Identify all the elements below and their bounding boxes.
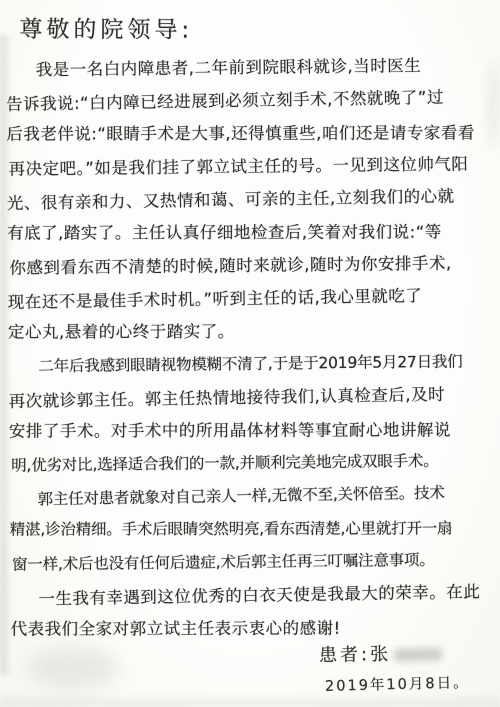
signature-redacted-name	[394, 647, 442, 661]
letter-line: 精湛,诊治精细。手术后眼睛突然明亮,看东西清楚,心里就打开一扇	[10, 512, 496, 546]
letter-line: 光、很有亲和力、又热情和蔼、可亲的主任,立刻我们的心就	[7, 179, 493, 220]
letter-line: 安排了手术。对手术中的所用晶体材料等事宜耐心地讲解说	[9, 413, 495, 447]
letter-line: 一生我有幸遇到这位优秀的白衣天使是我最大的荣幸。在此	[10, 575, 496, 616]
signature: 患者:张	[319, 639, 443, 668]
letter-date: 2019年10月8日。	[325, 671, 470, 696]
salutation: 尊敬的院领导:	[19, 11, 491, 46]
letter-body: 尊敬的院领导: 我是一名白内障患者,二年前到院眼科就诊,当时医生 告诉我说:“白…	[5, 10, 497, 647]
letter-line: 郭主任对患者就象对自己亲人一样,无微不至,关怀倍至。技术	[9, 476, 495, 517]
scan-smudge-bottom-left	[28, 647, 118, 689]
letter-line: 现在还不是最佳手术时机。”听到主任的话,我心里就吃了	[7, 278, 493, 319]
signature-label: 患者:张	[319, 644, 392, 667]
letter-line: 定心丸,悬着的心终于踏实了。	[8, 314, 494, 348]
letter-line: 再次就诊郭主任。郭主任热情地接待我们,认真检查后,及时	[8, 377, 494, 418]
letter-line: 有底了,踏实了。主任认真仔细地检查后,笑着对我们说:“等	[7, 215, 493, 249]
scanned-letter-page: 尊敬的院领导: 我是一名白内障患者,二年前到院眼科就诊,当时医生 告诉我说:“白…	[0, 0, 500, 707]
letter-line: 告诉我说:“白内障已经进展到必须立刻手术,不然就晚了”过	[6, 80, 492, 121]
scan-shadow-bottom-edge	[0, 693, 500, 707]
letter-line: 后我老伴说:“眼睛手术是大事,还得慎重些,咱们还是请专家看看	[6, 116, 492, 150]
